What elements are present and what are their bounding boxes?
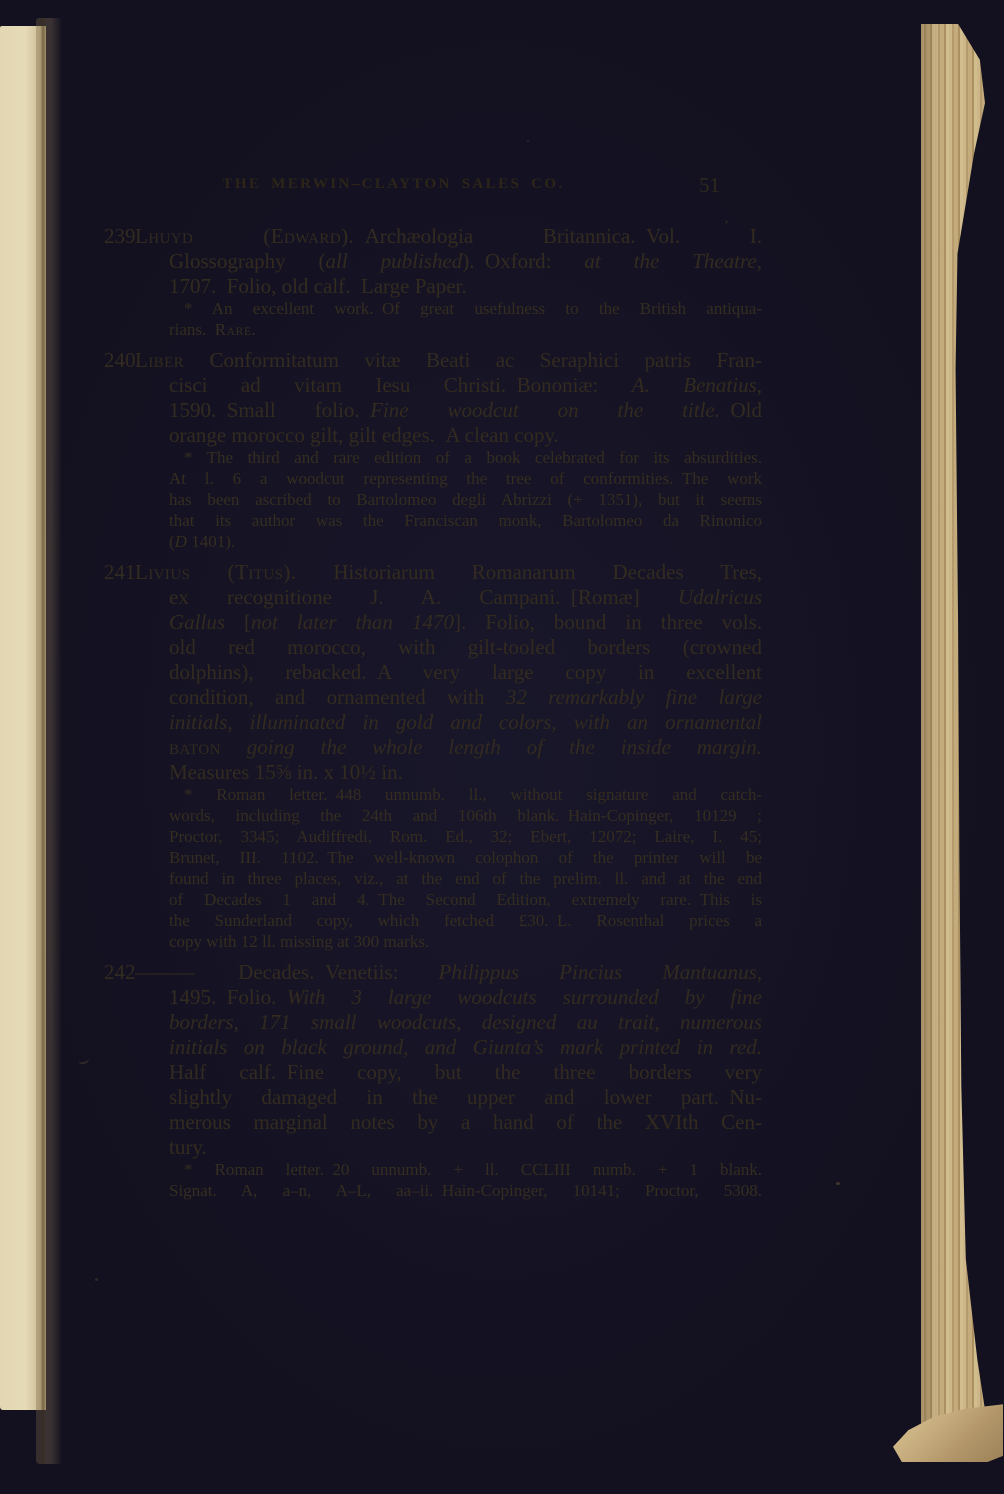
catalogue-entry: 240Liber Conformitatum vitæ Beati ac Ser… — [104, 348, 762, 553]
entry-line: old red morocco, with gilt-tooled border… — [104, 635, 762, 660]
text-segment: copy with 12 ll. missing at 300 marks. — [169, 932, 429, 951]
text-segment: * An excellent work. Of great usefulness… — [184, 299, 762, 318]
text-segment: Signat. A, a–n, A–L, aa–ii. Hain-Copinge… — [169, 1181, 762, 1200]
entry-line: 240Liber Conformitatum vitæ Beati ac Ser… — [104, 348, 762, 373]
note-line: found in three places, viz., at the end … — [104, 869, 762, 890]
text-segment: Historiarum Romanarum Decades Tres, — [296, 560, 762, 584]
note-line: * Roman letter. 20 unnumb. + ll. CCLIII … — [104, 1160, 762, 1181]
text-segment: not later than 1470 — [251, 610, 454, 634]
entry-line: 241Livius (Titus). Historiarum Romanarum… — [104, 560, 762, 585]
text-segment: Half calf. Fine copy, but the three bord… — [169, 1060, 762, 1084]
note-line: the Sunderland copy, which fetched £30. … — [104, 911, 762, 932]
text-segment: the Sunderland copy, which fetched £30. … — [169, 911, 762, 930]
entry-line: Gallus [not later than 1470]. Folio, bou… — [104, 610, 762, 635]
binding-crease — [36, 18, 62, 1464]
note-line: of Decades 1 and 4. The Second Edition, … — [104, 890, 762, 911]
text-segment: has been ascribed to Bartolomeo degli Ab… — [169, 490, 762, 509]
text-segment: Old — [720, 398, 762, 422]
note-line: At l. 6 a woodcut representing the tree … — [104, 469, 762, 490]
note-line: rians. Rare. — [104, 320, 762, 341]
text-segment: initials, illuminated in gold and colors… — [169, 710, 762, 734]
text-segment: Glossography ( — [169, 249, 326, 273]
text-segment: [ — [225, 610, 251, 634]
entry-number: 241 — [104, 560, 135, 585]
text-segment: at the Theatre, — [584, 249, 762, 273]
catalogue-entry: 242——— Decades. Venetiis: Philippus Pinc… — [104, 960, 762, 1202]
entry-line: baton going the whole length of the insi… — [104, 735, 762, 760]
text-segment: slightly damaged in the upper and lower … — [169, 1085, 762, 1109]
note-line: copy with 12 ll. missing at 300 marks. — [104, 932, 762, 953]
text-segment: Conformitatum vitæ Beati ac Seraphici pa… — [184, 348, 762, 372]
text-segment: With 3 large woodcuts surrounded by fine — [287, 985, 762, 1009]
note-line: Proctor, 3345; Audiffredi, Rom. Ed., 32;… — [104, 827, 762, 848]
stray-speck — [527, 140, 529, 142]
scanned-book-photo: { "header": { "title": "THE\u2002MERWIN\… — [0, 0, 1004, 1494]
text-segment: 1707. Folio, old calf. Large Paper. — [169, 274, 467, 298]
text-segment: cisci ad vitam Iesu Christi. Bononiæ: — [169, 373, 632, 397]
text-segment: rians. — [169, 320, 215, 339]
entry-line: orange morocco gilt, gilt edges. A clean… — [104, 423, 762, 448]
text-segment: Gallus — [169, 610, 225, 634]
text-segment: Livius (Titus). — [135, 560, 296, 584]
text-segment: 1401). — [187, 532, 235, 551]
entry-number: 240 — [104, 348, 135, 373]
entry-line: 1495. Folio. With 3 large woodcuts surro… — [104, 985, 762, 1010]
text-segment: Philippus Pincius Mantuanus, — [439, 960, 762, 984]
entry-line: initials, illuminated in gold and colors… — [104, 710, 762, 735]
entry-line: tury. — [104, 1135, 762, 1160]
entry-line: 242——— Decades. Venetiis: Philippus Pinc… — [104, 960, 762, 985]
text-segment: dolphins), rebacked. A very large copy i… — [169, 660, 762, 684]
text-segment: Rare. — [215, 320, 256, 339]
text-segment: At l. 6 a woodcut representing the tree … — [169, 469, 762, 488]
entry-line: 239Lhuyd (Edward). Archæologia Britannic… — [104, 224, 762, 249]
text-segment: Measures 15⅝ in. x 10½ in. — [169, 760, 403, 784]
note-line: words, including the 24th and 106th blan… — [104, 806, 762, 827]
page-edge-stack — [921, 24, 985, 1460]
entry-line: 1590. Small folio. Fine woodcut on the t… — [104, 398, 762, 423]
text-segment: all published — [326, 249, 463, 273]
entry-line: condition, and ornamented with 32 remark… — [104, 685, 762, 710]
note-line: * The third and rare edition of a book c… — [104, 448, 762, 469]
catalogue-entry: 241Livius (Titus). Historiarum Romanarum… — [104, 560, 762, 953]
entry-number: 242 — [104, 960, 135, 985]
note-line: * Roman letter. 448 unnumb. ll., without… — [104, 785, 762, 806]
text-segment: Udalricus — [678, 585, 762, 609]
text-segment: ex recognitione J. A. Campani. [Romæ] — [169, 585, 678, 609]
text-segment: old red morocco, with gilt-tooled border… — [169, 635, 762, 659]
entry-line: Measures 15⅝ in. x 10½ in. — [104, 760, 762, 785]
entry-line: dolphins), rebacked. A very large copy i… — [104, 660, 762, 685]
entry-line: initials on black ground, and Giunta’s m… — [104, 1035, 762, 1060]
text-segment: * The third and rare edition of a book c… — [184, 448, 762, 467]
text-segment: * Roman letter. 20 unnumb. + ll. CCLIII … — [184, 1160, 762, 1179]
entry-line: borders, 171 small woodcuts, designed au… — [104, 1010, 762, 1035]
text-segment: initials on black ground, and Giunta’s m… — [169, 1035, 762, 1059]
text-segment: 1495. Folio. — [169, 985, 287, 1009]
text-segment: words, including the 24th and 106th blan… — [169, 806, 762, 825]
entry-line: Half calf. Fine copy, but the three bord… — [104, 1060, 762, 1085]
text-segment: merous marginal notes by a hand of the X… — [169, 1110, 762, 1134]
text-segment: Archæologia Britannica. Vol. I. — [354, 224, 762, 248]
text-segment: ]. Folio, bound in three vols. — [454, 610, 762, 634]
text-segment: Brunet, III. 1102. The well-known coloph… — [169, 848, 762, 867]
page-number: 51 — [699, 173, 720, 198]
note-line: Brunet, III. 1102. The well-known coloph… — [104, 848, 762, 869]
text-segment: baton — [169, 735, 221, 759]
note-line: Signat. A, a–n, A–L, aa–ii. Hain-Copinge… — [104, 1181, 762, 1202]
note-line: * An excellent work. Of great usefulness… — [104, 299, 762, 320]
text-segment: Liber — [135, 348, 184, 372]
text-segment: orange morocco gilt, gilt edges. A clean… — [169, 423, 559, 447]
text-segment: going the whole length of the inside mar… — [221, 735, 762, 759]
entry-number: 239 — [104, 224, 135, 249]
entries: 239Lhuyd (Edward). Archæologia Britannic… — [104, 224, 762, 1209]
text-segment: that its author was the Franciscan monk,… — [169, 511, 762, 530]
text-segment: 1590. Small folio. — [169, 398, 370, 422]
running-title: THE MERWIN–CLAYTON SALES CO. — [104, 176, 683, 193]
stray-speck — [95, 1278, 98, 1281]
text-segment: condition, and ornamented with — [169, 685, 506, 709]
text-segment: D — [175, 532, 187, 551]
text-segment: Lhuyd (Edward). — [135, 224, 354, 248]
text-segment: tury. — [169, 1135, 207, 1159]
text-segment: Fine woodcut on the title. — [370, 398, 720, 422]
foxing-spot — [836, 1182, 840, 1185]
text-segment: A. Benatius, — [632, 373, 762, 397]
entry-line: cisci ad vitam Iesu Christi. Bononiæ: A.… — [104, 373, 762, 398]
catalogue-entry: 239Lhuyd (Edward). Archæologia Britannic… — [104, 224, 762, 341]
text-segment: found in three places, viz., at the end … — [169, 869, 762, 888]
text-segment: ). Oxford: — [462, 249, 584, 273]
note-line: that its author was the Franciscan monk,… — [104, 511, 762, 532]
entry-line: slightly damaged in the upper and lower … — [104, 1085, 762, 1110]
text-segment: of Decades 1 and 4. The Second Edition, … — [169, 890, 762, 909]
entry-line: merous marginal notes by a hand of the X… — [104, 1110, 762, 1135]
note-line: has been ascribed to Bartolomeo degli Ab… — [104, 490, 762, 511]
entry-line: Glossography (all published). Oxford: at… — [104, 249, 762, 274]
entry-line: 1707. Folio, old calf. Large Paper. — [104, 274, 762, 299]
text-segment: ——— — [135, 960, 193, 984]
text-segment: 32 remarkably fine large — [506, 685, 762, 709]
text-segment: * Roman letter. 448 unnumb. ll., without… — [184, 785, 762, 804]
text-segment: borders, 171 small woodcuts, designed au… — [169, 1010, 762, 1034]
text-segment: Proctor, 3345; Audiffredi, Rom. Ed., 32;… — [169, 827, 762, 846]
text-segment: Decades. Venetiis: — [198, 960, 439, 984]
page-header: THE MERWIN–CLAYTON SALES CO. 51 — [104, 176, 683, 198]
entry-line: ex recognitione J. A. Campani. [Romæ] Ud… — [104, 585, 762, 610]
note-line: (D 1401). — [104, 532, 762, 553]
